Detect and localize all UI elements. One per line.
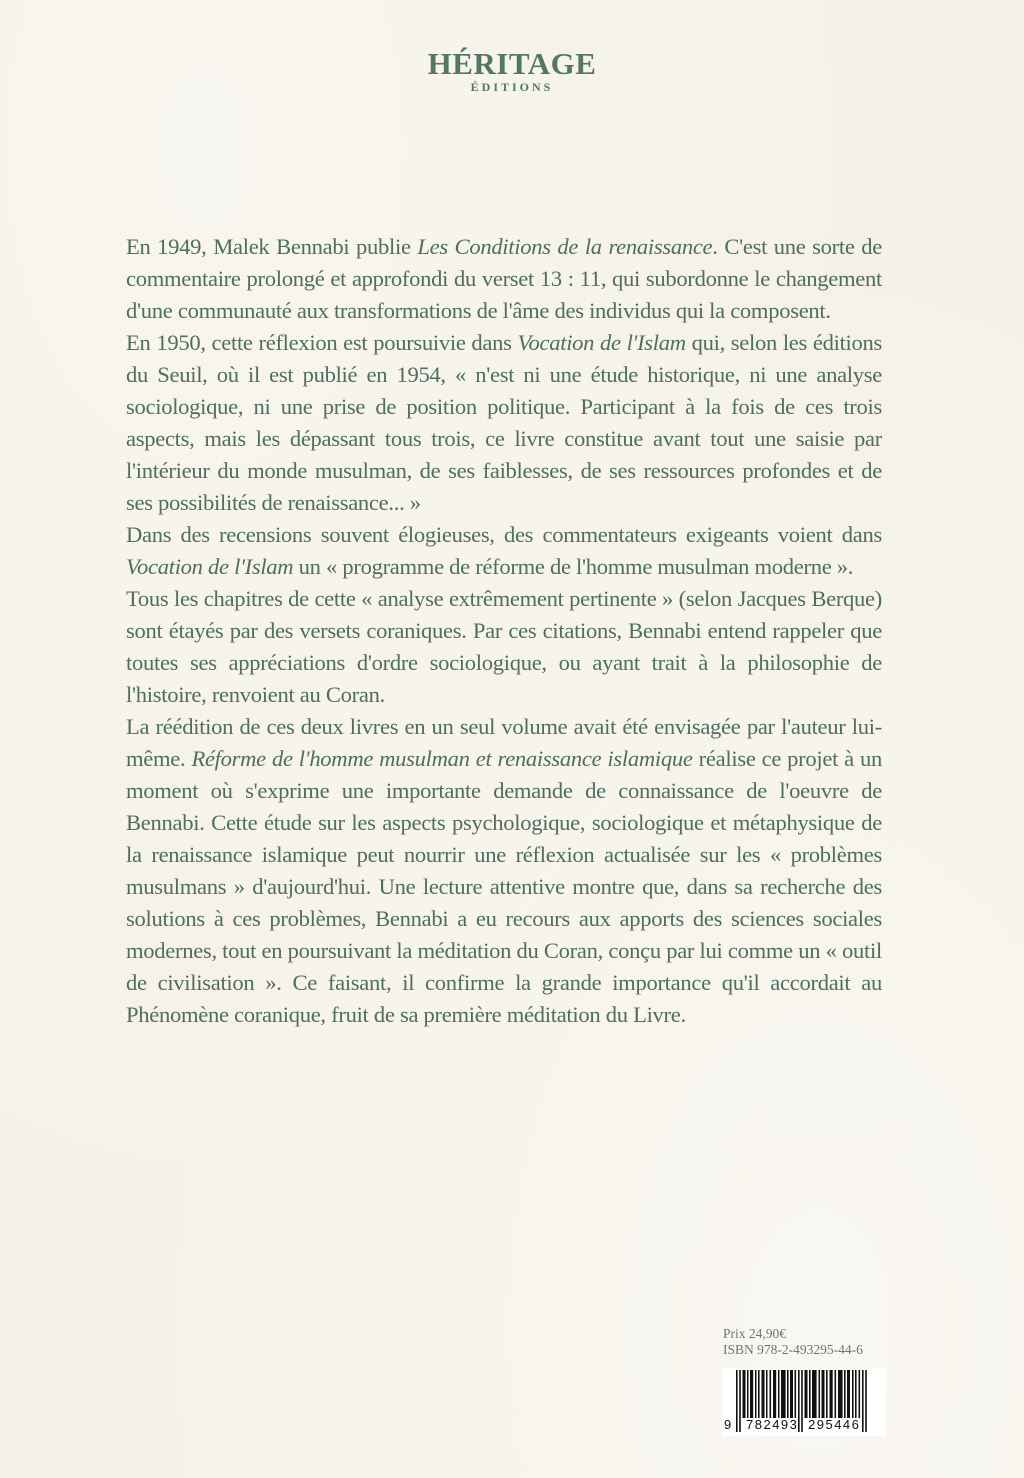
barcode-digit-first: 9	[724, 1418, 731, 1432]
blurb-paragraph: Tous les chapitres de cette « analyse ex…	[126, 583, 882, 711]
price-isbn-block: Prix 24,90€ ISBN 978-2-493295-44-6	[723, 1326, 863, 1358]
blurb-text: un « programme de réforme de l'homme mus…	[293, 554, 853, 579]
blurb-paragraph: En 1949, Malek Bennabi publie Les Condit…	[126, 231, 882, 327]
book-title: Vocation de l'Islam	[518, 330, 686, 355]
price-label: Prix 24,90€	[723, 1326, 863, 1342]
book-title: Réforme de l'homme musulman et renaissan…	[191, 746, 692, 771]
blurb-paragraph: La réédition de ces deux livres en un se…	[126, 711, 882, 1031]
isbn-label: ISBN 978-2-493295-44-6	[723, 1342, 863, 1358]
barcode: 9 782493 295446	[722, 1368, 886, 1436]
publisher-logo: HÉRITAGE ÉDITIONS	[0, 48, 1024, 94]
publisher-imprint: ÉDITIONS	[0, 80, 1024, 94]
blurb-text: qui, selon les éditions du Seuil, où il …	[126, 330, 882, 515]
back-cover: HÉRITAGE ÉDITIONS En 1949, Malek Bennabi…	[0, 0, 1024, 1478]
blurb-text: Dans des recensions souvent élogieuses, …	[126, 522, 882, 547]
book-title: Les Conditions de la renaissance	[417, 234, 712, 259]
blurb-text: En 1949, Malek Bennabi publie	[126, 234, 417, 259]
publisher-name: HÉRITAGE	[0, 48, 1024, 80]
barcode-digits-right: 295446	[808, 1418, 860, 1432]
barcode-digits-left: 782493	[746, 1418, 798, 1432]
blurb-text: En 1950, cette réflexion est poursuivie …	[126, 330, 518, 355]
book-title: Vocation de l'Islam	[126, 554, 293, 579]
blurb-text: Tous les chapitres de cette « analyse ex…	[126, 586, 882, 707]
back-cover-blurb: En 1949, Malek Bennabi publie Les Condit…	[126, 231, 882, 1031]
blurb-text: réalise ce projet à un moment où s'expri…	[126, 746, 882, 1027]
blurb-paragraph: En 1950, cette réflexion est poursuivie …	[126, 327, 882, 519]
blurb-paragraph: Dans des recensions souvent élogieuses, …	[126, 519, 882, 583]
